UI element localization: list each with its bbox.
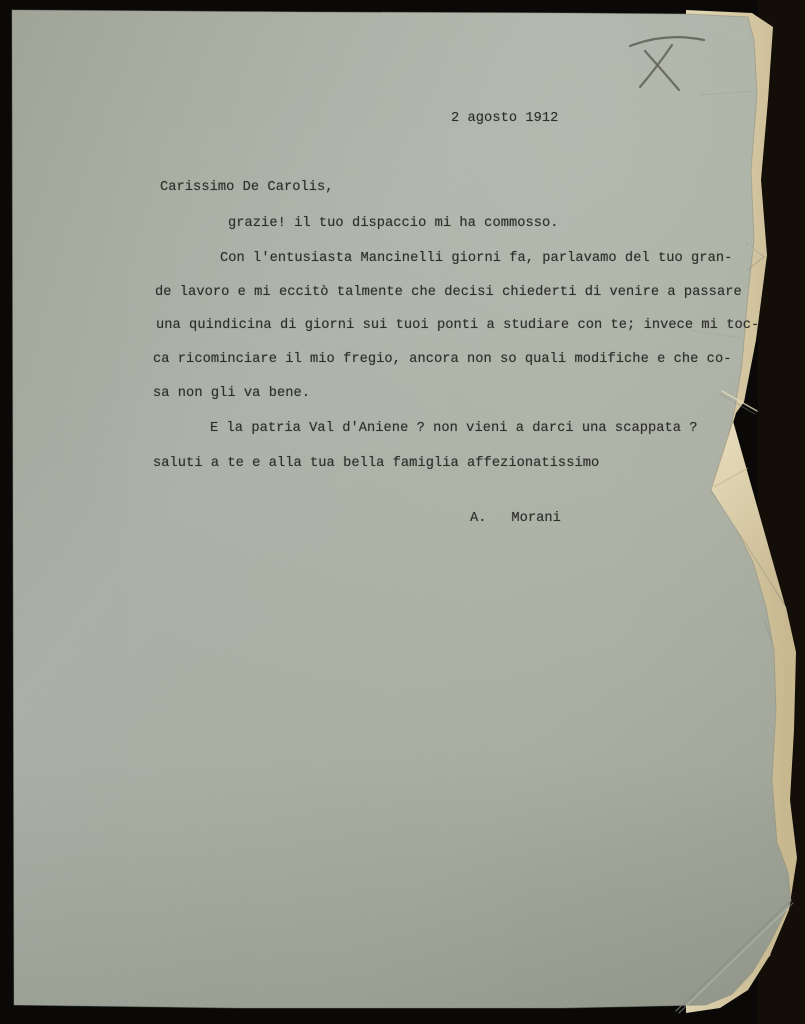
letter-body-line: Con l'entusiasta Mancinelli giorni fa, p… — [220, 250, 732, 267]
letter-body-line: ca ricominciare il mio fregio, ancora no… — [153, 351, 731, 368]
letter-body-line: E la patria Val d'Aniene ? non vieni a d… — [210, 420, 698, 437]
letter-body-line: de lavoro e mi eccitò talmente che decis… — [155, 284, 742, 301]
letter-salutation: Carissimo De Carolis, — [160, 179, 334, 196]
scan-background — [0, 0, 805, 1024]
paper-grain-texture — [0, 0, 805, 1024]
scanned-letter-photo: 2 agosto 1912 Carissimo De Carolis, graz… — [0, 0, 805, 1024]
letter-signature: A. Morani — [470, 510, 561, 527]
letter-body-line: sa non gli va bene. — [153, 385, 310, 402]
letter-date: 2 agosto 1912 — [451, 110, 558, 127]
letter-body-line: saluti a te e alla tua bella famiglia af… — [153, 455, 599, 472]
letter-body-line: una quindicina di giorni sui tuoi ponti … — [156, 317, 759, 334]
letter-body-line: grazie! il tuo dispaccio mi ha commosso. — [228, 215, 559, 232]
